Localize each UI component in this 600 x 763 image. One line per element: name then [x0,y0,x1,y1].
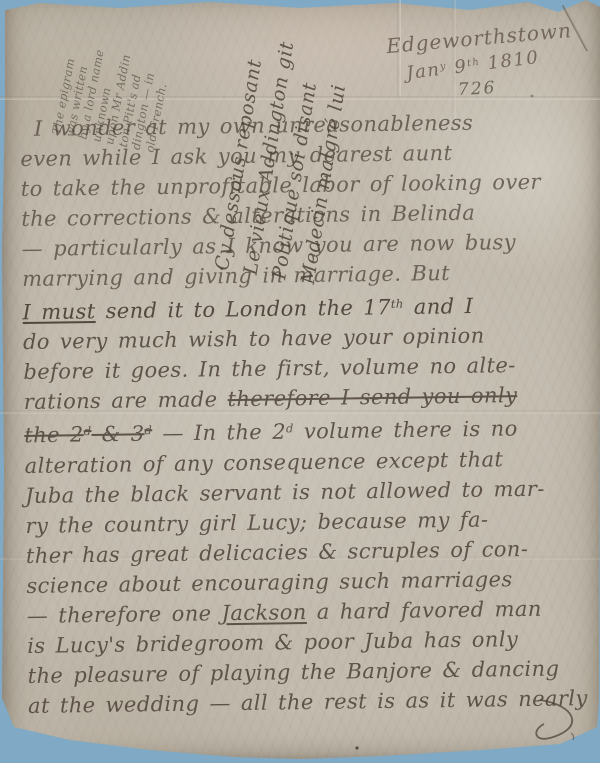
text-segment: the corrections & alterations in Belinda [21,201,475,231]
text-segment: d [144,424,152,438]
text-segment: marrying and giving in marriage. But [22,261,450,291]
text-segment: rations are made [24,387,228,414]
text-segment: I wonder at my own unreasonableness [34,111,473,141]
text-segment: a hard favored man [307,596,542,623]
text-segment: Juba the black servant is not allowed to… [25,476,545,507]
letter-photograph: Edgeworthstown Jany 9th 1810 726 The epi… [0,0,600,763]
text-segment: to take the unprofitable labor of lookin… [21,170,541,201]
text-segment: th [466,57,481,70]
text-segment: alteration of any consequence except tha… [25,447,504,478]
text-segment: d [286,422,294,436]
text-segment: the 2 [24,423,84,448]
letter-body: I wonder at my own unreasonablenesseven … [20,106,598,721]
text-segment: the pleasure of playing the Banjore & da… [27,656,559,687]
text-segment: & 3 [91,422,144,447]
text-segment: volume there is no [294,417,518,444]
text-segment: ry the country girl Lucy; because my fa- [25,507,488,537]
text-segment: Jackson [221,600,306,625]
text-segment: I must [22,299,95,324]
text-segment: science about encouraging such marriages [26,567,513,598]
text-segment: before it goes. In the first, volume no … [23,353,516,384]
text-segment: do very much wish to have your opinion [23,324,485,354]
archival-number: 726 [458,78,497,100]
text-segment: therefore I send you only [227,383,517,411]
text-segment: at the wedding — all the rest is as it w… [28,686,588,718]
text-segment: send it to London the 17 [95,295,391,323]
text-segment: Jan [405,59,441,84]
text-segment: — therefore one [27,601,222,628]
text-segment: th [391,297,404,311]
text-segment: — In the 2 [152,420,286,446]
text-segment: ther has great delicacies & scruples of … [26,537,529,568]
text-segment: — particularly as I know you are now bus… [22,230,517,261]
text-segment: and I [404,294,474,319]
text-segment: is Lucy's bridegroom & poor Juba has onl… [27,627,518,658]
text-segment: even while I ask you my dearest aunt [20,141,452,171]
